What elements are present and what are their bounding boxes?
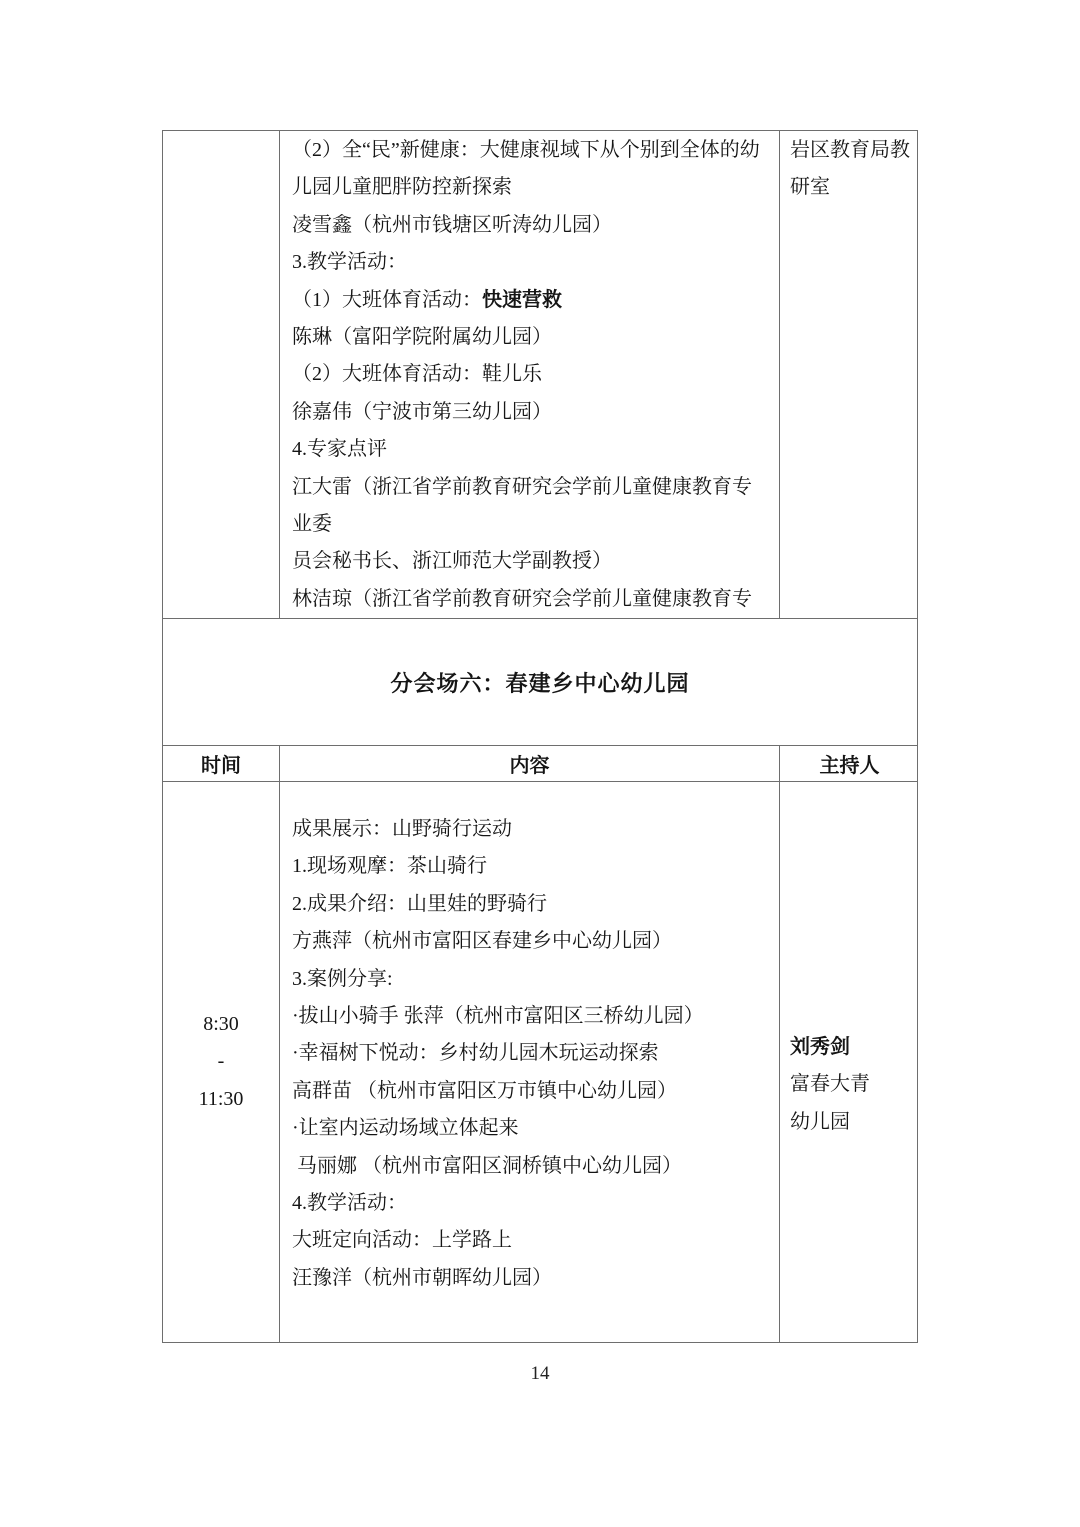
session-content-cell: 成果展示：山野骑行运动1.现场观摩：茶山骑行2.成果介绍：山里娃的野骑行方燕萍（… [279,782,779,1342]
session-row: 8:30-11:30 成果展示：山野骑行运动1.现场观摩：茶山骑行2.成果介绍：… [163,781,917,1342]
continuation-host-cell: 岩区教育局教研室 [779,131,919,618]
column-header-row: 时间 内容 主持人 [163,745,917,781]
text-line: 岩区教育局教 [790,132,915,169]
text-line: 江大雷（浙江省学前教育研究会学前儿童健康教育专业委 [292,469,771,544]
agenda-table: （2）全“民”新健康：大健康视域下从个别到全体的幼儿园儿童肥胖防控新探索凌雪鑫（… [162,130,918,1343]
text-line: 1.现场观摩：茶山骑行 [292,848,771,885]
text-line: 3.教学活动： [292,244,771,281]
document-page: （2）全“民”新健康：大健康视域下从个别到全体的幼儿园儿童肥胖防控新探索凌雪鑫（… [0,0,1080,1527]
text-line: 3.案例分享: [292,961,771,998]
text-line: 林洁琼（浙江省学前教育研究会学前儿童健康教育专业委 [292,581,771,618]
section-header-row: 分会场六：春建乡中心幼儿园 [163,618,917,745]
text-line: 幼儿园 [790,1104,915,1141]
text-line: ·让室内运动场域立体起来 [292,1110,771,1147]
column-header-time: 时间 [163,746,279,781]
text-line: 8:30 [163,1006,279,1043]
text-line: 员会秘书长、浙江师范大学副教授） [292,543,771,580]
text-line: 高群苗 （杭州市富阳区万市镇中心幼儿园） [292,1073,771,1110]
text-line: 成果展示：山野骑行运动 [292,811,771,848]
text-line: ·幸福树下悦动：乡村幼儿园木玩运动探索 [292,1035,771,1072]
column-header-host: 主持人 [779,746,919,781]
continuation-content-cell: （2）全“民”新健康：大健康视域下从个别到全体的幼儿园儿童肥胖防控新探索凌雪鑫（… [279,131,779,618]
text-line: 大班定向活动：上学路上 [292,1222,771,1259]
text-line: 4.专家点评 [292,431,771,468]
text-line: 马丽娜 （杭州市富阳区洞桥镇中心幼儿园） [292,1148,771,1185]
continuation-row: （2）全“民”新健康：大健康视域下从个别到全体的幼儿园儿童肥胖防控新探索凌雪鑫（… [163,131,917,618]
text-line: 2.成果介绍：山里娃的野骑行 [292,886,771,923]
text-line: （2）大班体育活动：鞋儿乐 [292,356,771,393]
text-line: 凌雪鑫（杭州市钱塘区听涛幼儿园） [292,207,771,244]
text-line: 11:30 [163,1081,279,1118]
text-line: 儿园儿童肥胖防控新探索 [292,169,771,206]
text-line: 研室 [790,169,915,206]
session-host-cell: 刘秀剑富春大青幼儿园 [779,782,919,1342]
text-line: 陈琳（富阳学院附属幼儿园） [292,319,771,356]
section-title: 分会场六：春建乡中心幼儿园 [163,667,917,698]
text-line: 汪豫洋（杭州市朝晖幼儿园） [292,1260,771,1297]
text-line: 刘秀剑 [790,1029,915,1066]
text-line: 4.教学活动： [292,1185,771,1222]
text-line: ·拔山小骑手 张萍（杭州市富阳区三桥幼儿园） [292,998,771,1035]
session-time-cell: 8:30-11:30 [163,782,279,1342]
continuation-time-cell [163,131,279,618]
text-line: 方燕萍（杭州市富阳区春建乡中心幼儿园） [292,923,771,960]
page-number: 14 [0,1363,1080,1385]
column-header-content: 内容 [279,746,779,781]
text-line: - [163,1043,279,1080]
text-line: （1）大班体育活动：快速营救 [292,282,771,319]
text-line: （2）全“民”新健康：大健康视域下从个别到全体的幼 [292,132,771,169]
text-line: 徐嘉伟（宁波市第三幼儿园） [292,394,771,431]
text-line: 富春大青 [790,1066,915,1103]
